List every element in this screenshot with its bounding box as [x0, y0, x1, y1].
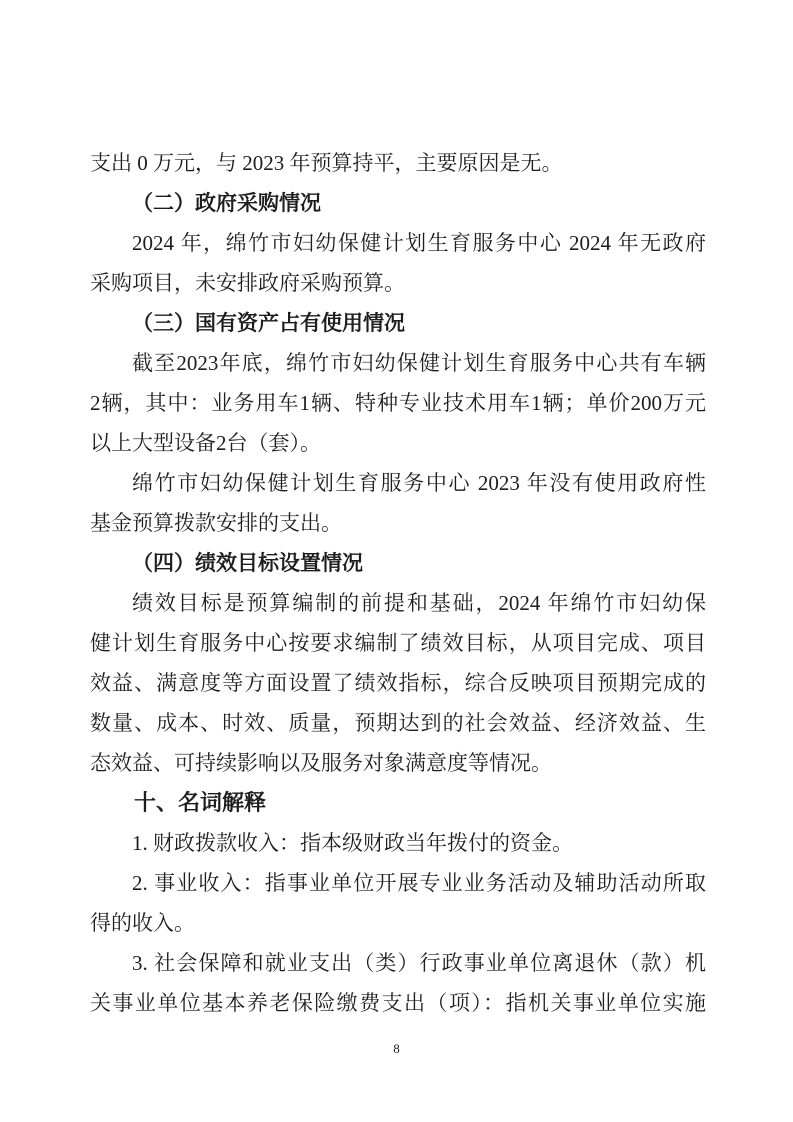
page-number: 8: [0, 1041, 793, 1056]
section-heading: （四）绩效目标设置情况: [90, 543, 706, 583]
paragraph-line: 得的收入。: [90, 903, 706, 943]
paragraph-line: 关事业单位基本养老保险缴费支出（项）：指机关事业单位实施: [90, 983, 706, 1023]
paragraph-line: 基金预算拨款安排的支出。: [90, 503, 706, 543]
paragraph-line: 2. 事业收入：指事业单位开展专业业务活动及辅助活动所取: [90, 863, 706, 903]
section-heading: （三）国有资产占有使用情况: [90, 303, 706, 343]
paragraph-line: 1. 财政拨款收入：指本级财政当年拨付的资金。: [90, 823, 706, 863]
document-body: 支出 0 万元，与 2023 年预算持平，主要原因是无。（二）政府采购情况202…: [90, 143, 706, 1023]
paragraph-line: 绩效目标是预算编制的前提和基础，2024 年绵竹市妇幼保: [90, 583, 706, 623]
chapter-heading: 十、名词解释: [90, 783, 706, 823]
paragraph-line: 效益、满意度等方面设置了绩效指标，综合反映项目预期完成的: [90, 663, 706, 703]
paragraph-line: 采购项目，未安排政府采购预算。: [90, 263, 706, 303]
paragraph-line: 绵竹市妇幼保健计划生育服务中心 2023 年没有使用政府性: [90, 463, 706, 503]
section-heading: （二）政府采购情况: [90, 183, 706, 223]
paragraph-line: 以上大型设备2台（套）。: [90, 423, 706, 463]
paragraph-line: 2024 年，绵竹市妇幼保健计划生育服务中心 2024 年无政府: [90, 223, 706, 263]
paragraph-line: 3. 社会保障和就业支出（类）行政事业单位离退休（款）机: [90, 943, 706, 983]
paragraph-line: 2辆，其中：业务用车1辆、特种专业技术用车1辆；单价200万元: [90, 383, 706, 423]
paragraph-line: 支出 0 万元，与 2023 年预算持平，主要原因是无。: [90, 143, 706, 183]
paragraph-line: 数量、成本、时效、质量，预期达到的社会效益、经济效益、生: [90, 703, 706, 743]
paragraph-line: 截至2023年底，绵竹市妇幼保健计划生育服务中心共有车辆: [90, 343, 706, 383]
paragraph-line: 健计划生育服务中心按要求编制了绩效目标，从项目完成、项目: [90, 623, 706, 663]
paragraph-line: 态效益、可持续影响以及服务对象满意度等情况。: [90, 743, 706, 783]
document-page: 支出 0 万元，与 2023 年预算持平，主要原因是无。（二）政府采购情况202…: [0, 0, 793, 1122]
